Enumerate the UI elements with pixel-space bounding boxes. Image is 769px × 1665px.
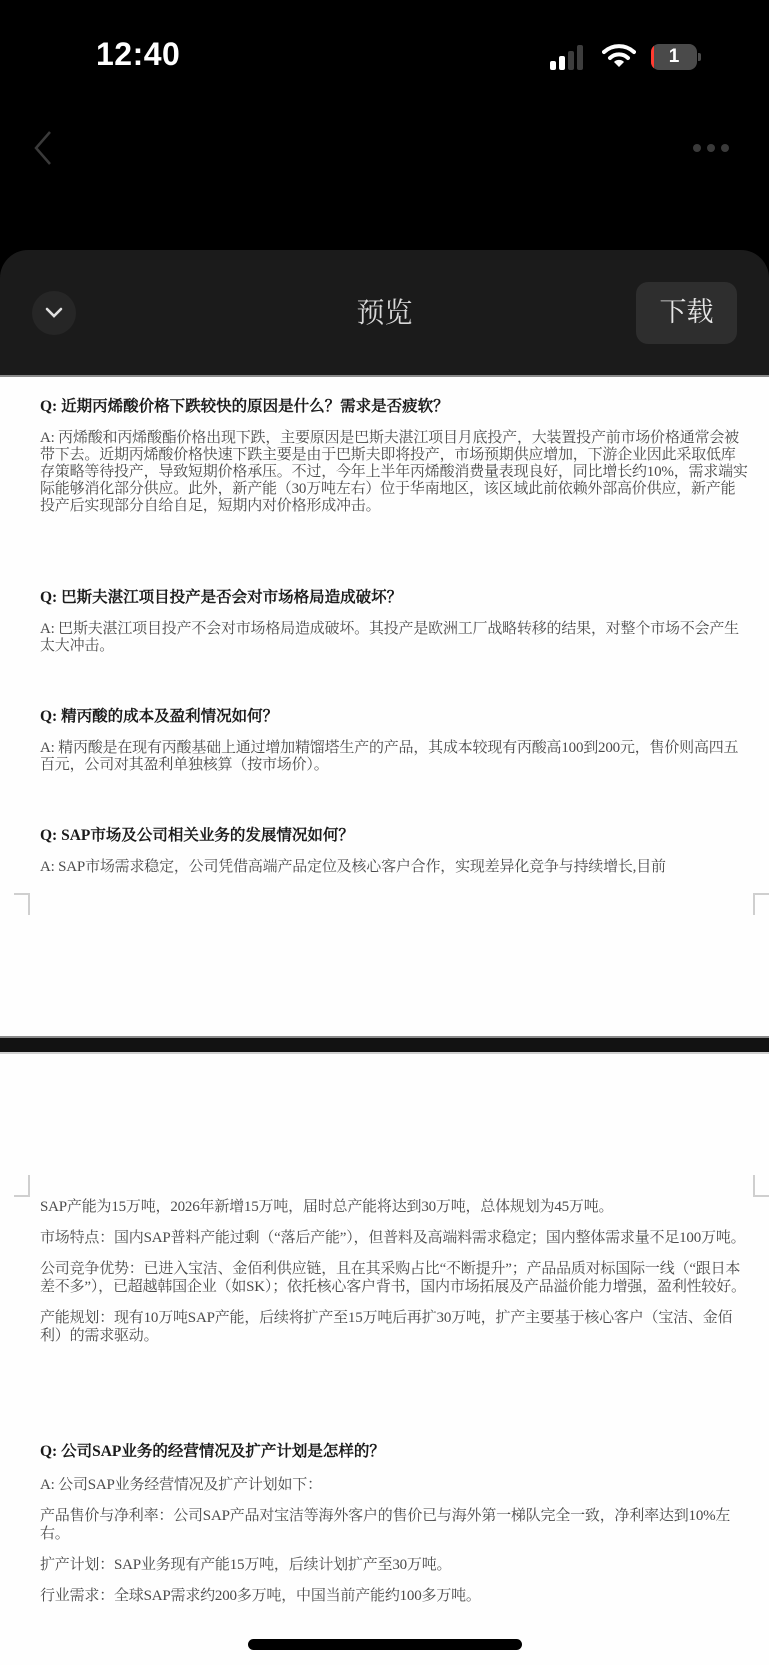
question-text: Q: 近期丙烯酸价格下跌较快的原因是什么？需求是否疲软？ (40, 396, 750, 418)
home-indicator[interactable] (248, 1639, 522, 1650)
qa-section-1: Q: 近期丙烯酸价格下跌较快的原因是什么？需求是否疲软？ A: 丙烯酸和丙烯酸酯… (40, 396, 750, 515)
page-crop-mark (753, 893, 769, 915)
answer-text: A: 丙烯酸和丙烯酸酯价格出现下跌，主要原因是巴斯夫湛江项目月底投产，大装置投产… (40, 430, 750, 515)
paragraph-industry-demand: 行业需求：全球SAP需求约200多万吨，中国当前产能约100多万吨。 (40, 1587, 750, 1605)
question-text: Q: 公司SAP业务的经营情况及扩产计划是怎样的？ (40, 1441, 750, 1463)
cellular-signal-icon (550, 44, 590, 70)
battery-icon: 1 (651, 44, 701, 70)
question-text: Q: 精丙酸的成本及盈利情况如何？ (40, 706, 750, 728)
page-crop-mark (14, 893, 30, 915)
question-text: Q: 巴斯夫湛江项目投产是否会对市场格局造成破坏？ (40, 587, 750, 609)
qa-section-3: Q: 精丙酸的成本及盈利情况如何？ A: 精丙酸是在现有丙酸基础上通过增加精馏塔… (40, 706, 750, 774)
paragraph-competitive-advantage: 公司竞争优势：已进入宝洁、金佰利供应链，且在其采购占比“不断提升”；产品品质对标… (40, 1260, 750, 1296)
paragraph-market-features: 市场特点：国内SAP普料产能过剩（“落后产能”），但普料及高端料需求稳定；国内整… (40, 1229, 750, 1247)
paragraph-capacity-plan: 产能规划：现有10万吨SAP产能，后续将扩产至15万吨后再扩30万吨，扩产主要基… (40, 1309, 750, 1345)
wifi-icon (602, 43, 636, 69)
page-crop-mark (14, 1175, 30, 1197)
answer-text: A: 巴斯夫湛江项目投产不会对市场格局造成破坏。其投产是欧洲工厂战略转移的结果，… (40, 621, 750, 655)
battery-level-text: 1 (651, 44, 697, 70)
qa-section-5: Q: 公司SAP业务的经营情况及扩产计划是怎样的？ A: 公司SAP业务经营情况… (40, 1441, 750, 1605)
paragraph-continuation: SAP产能为15万吨，2026年新增15万吨，届时总产能将达到30万吨，总体规划… (40, 1198, 750, 1216)
status-bar: 12:40 1 (0, 0, 769, 110)
qa-section-4: Q: SAP市场及公司相关业务的发展情况如何？ A: SAP市场需求稳定，公司凭… (40, 825, 750, 876)
answer-intro: A: 公司SAP业务经营情况及扩产计划如下： (40, 1476, 750, 1494)
page-crop-mark (753, 1175, 769, 1197)
qa-section-2: Q: 巴斯夫湛江项目投产是否会对市场格局造成破坏？ A: 巴斯夫湛江项目投产不会… (40, 587, 750, 655)
more-horizontal-icon[interactable] (693, 142, 729, 154)
status-time: 12:40 (96, 36, 180, 73)
download-button[interactable]: 下载 (636, 282, 737, 344)
chevron-left-icon[interactable] (30, 128, 58, 168)
question-text: Q: SAP市场及公司相关业务的发展情况如何？ (40, 825, 750, 847)
page2-content: SAP产能为15万吨，2026年新增15万吨，届时总产能将达到30万吨，总体规划… (40, 1198, 750, 1345)
paragraph-price-margin: 产品售价与净利率：公司SAP产品对宝洁等海外客户的售价已与海外第一梯队完全一致，… (40, 1507, 750, 1543)
page-separator (0, 1036, 769, 1054)
answer-text: A: 精丙酸是在现有丙酸基础上通过增加精馏塔生产的产品，其成本较现有丙酸高100… (40, 740, 750, 774)
paragraph-expansion: 扩产计划：SAP业务现有产能15万吨，后续计划扩产至30万吨。 (40, 1556, 750, 1574)
answer-text: A: SAP市场需求稳定，公司凭借高端产品定位及核心客户合作，实现差异化竞争与持… (40, 859, 750, 876)
